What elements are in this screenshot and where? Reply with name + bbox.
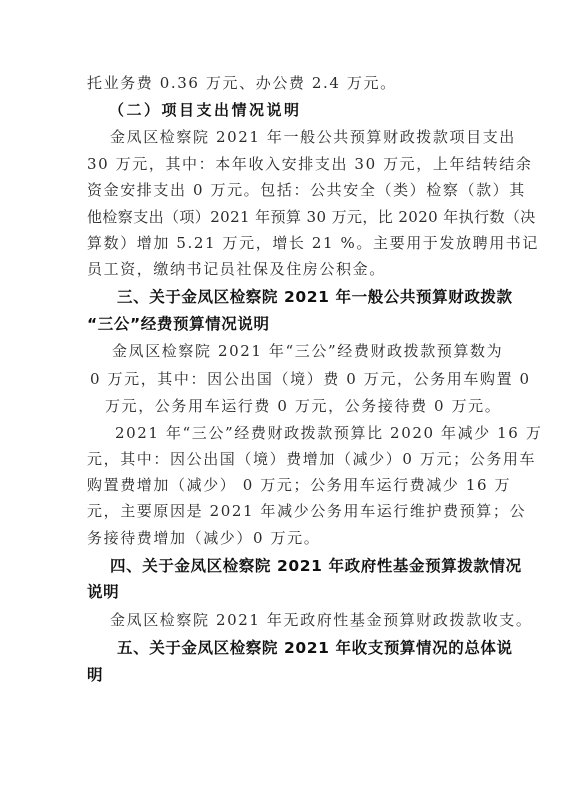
paragraph-line: 资金安排支出 0 万元。包括：公共安全（类）检察（款）其 [87,180,475,200]
paragraph-line: 30 万元，其中：本年收入安排支出 30 万元，上年结转结余 [87,154,475,174]
paragraph-line: 务接待费增加（减少）0 万元。 [87,528,320,548]
paragraph-line: 购置费增加（减少） 0 万元；公务用车运行费减少 16 万 [87,475,511,495]
section-heading-project-expenditure: （二）项目支出情况说明 [109,100,302,120]
paragraph-line: 金凤区检察院 2021 年一般公共预算财政拨款项目支出 [110,127,475,147]
paragraph-line: 金凤区检察院 2021 年“三公”经费财政拨款预算数为 [112,341,475,361]
paragraph-line: 万元，公务用车运行费 0 万元，公务接待费 0 万元。 [105,396,501,416]
paragraph-line: 他检察支出（项）2021 年预算 30 万元，比 2020 年执行数（决 [87,207,475,227]
paragraph-line: 元，其中：因公出国（境）费增加（减少）0 万元；公务用车 [87,449,475,469]
document-page: 托业务费 0.36 万元、办公费 2.4 万元。 （二）项目支出情况说明 金凤区… [0,0,565,800]
paragraph-line-fee-summary: 托业务费 0.36 万元、办公费 2.4 万元。 [87,73,397,93]
section-heading-overall-budget: 五、关于金凤区检察院 2021 年收支预算情况的总体说 [117,638,513,658]
section-heading-three-public-expenses: 三、关于金凤区检察院 2021 年一般公共预算财政拨款 [117,287,513,307]
section-heading-three-public-expenses-cont: “三公”经费预算情况说明 [87,314,270,334]
paragraph-line: 0 万元，其中：因公出国（境）费 0 万元，公务用车购置 0 [90,369,475,389]
paragraph-line: 算数）增加 5.21 万元，增长 21 %。主要用于发放聘用书记 [87,233,475,253]
paragraph-line: 员工资，缴纳书记员社保及住房公积金。 [87,259,386,279]
paragraph-line: 元，主要原因是 2021 年减少公务用车运行维护费预算；公 [87,501,475,521]
paragraph-line: 2021 年“三公”经费财政拨款预算比 2020 年减少 16 万 [115,423,475,443]
paragraph-line: 金凤区检察院 2021 年无政府性基金预算财政拨款收支。 [110,610,533,630]
section-heading-overall-budget-cont: 明 [87,665,103,685]
section-heading-government-fund: 四、关于金凤区检察院 2021 年政府性基金预算拨款情况 [110,556,522,576]
section-heading-government-fund-cont: 说明 [87,582,119,602]
